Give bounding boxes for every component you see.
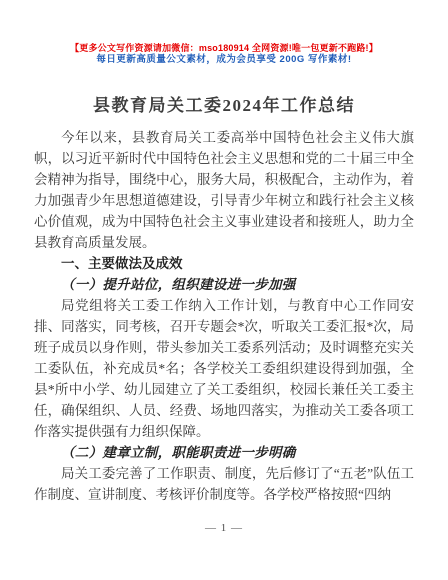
document-body: 今年以来，县教育局关工委高举中国特色社会主义伟大旗帜，以习近平新时代中国特色社会…: [34, 127, 414, 505]
promo-line-blue: 每日更新高质量公文素材，成为会员享受 200G 写作素材!: [0, 54, 448, 66]
paragraph-organization: 局党组将关工委工作纳入工作计划，与教育中心工作同安排、同落实，同考核，召开专题会…: [34, 295, 414, 442]
paragraph-intro: 今年以来，县教育局关工委高举中国特色社会主义伟大旗帜，以习近平新时代中国特色社会…: [34, 127, 414, 253]
subsection-heading-rules: （二）建章立制，职能职责进一步明确: [34, 442, 414, 463]
paragraph-rules: 局关工委完善了工作职责、制度，先后修订了“五老”队伍工作制度、宣讲制度、考核评价…: [34, 463, 414, 505]
page-number: — 1 —: [0, 522, 448, 534]
document-title: 县教育局关工委2024年工作总结: [0, 94, 448, 118]
section-heading-main-practices: 一、主要做法及成效: [34, 253, 414, 274]
promo-header: 【更多公文写作资源请加微信：mso180914 全网资源!唯一包更新不跑路!】 …: [0, 42, 448, 66]
document-page: 【更多公文写作资源请加微信：mso180914 全网资源!唯一包更新不跑路!】 …: [0, 0, 448, 580]
promo-line-red: 【更多公文写作资源请加微信：mso180914 全网资源!唯一包更新不跑路!】: [0, 42, 448, 54]
subsection-heading-organization: （一）提升站位，组织建设进一步加强: [34, 274, 414, 295]
